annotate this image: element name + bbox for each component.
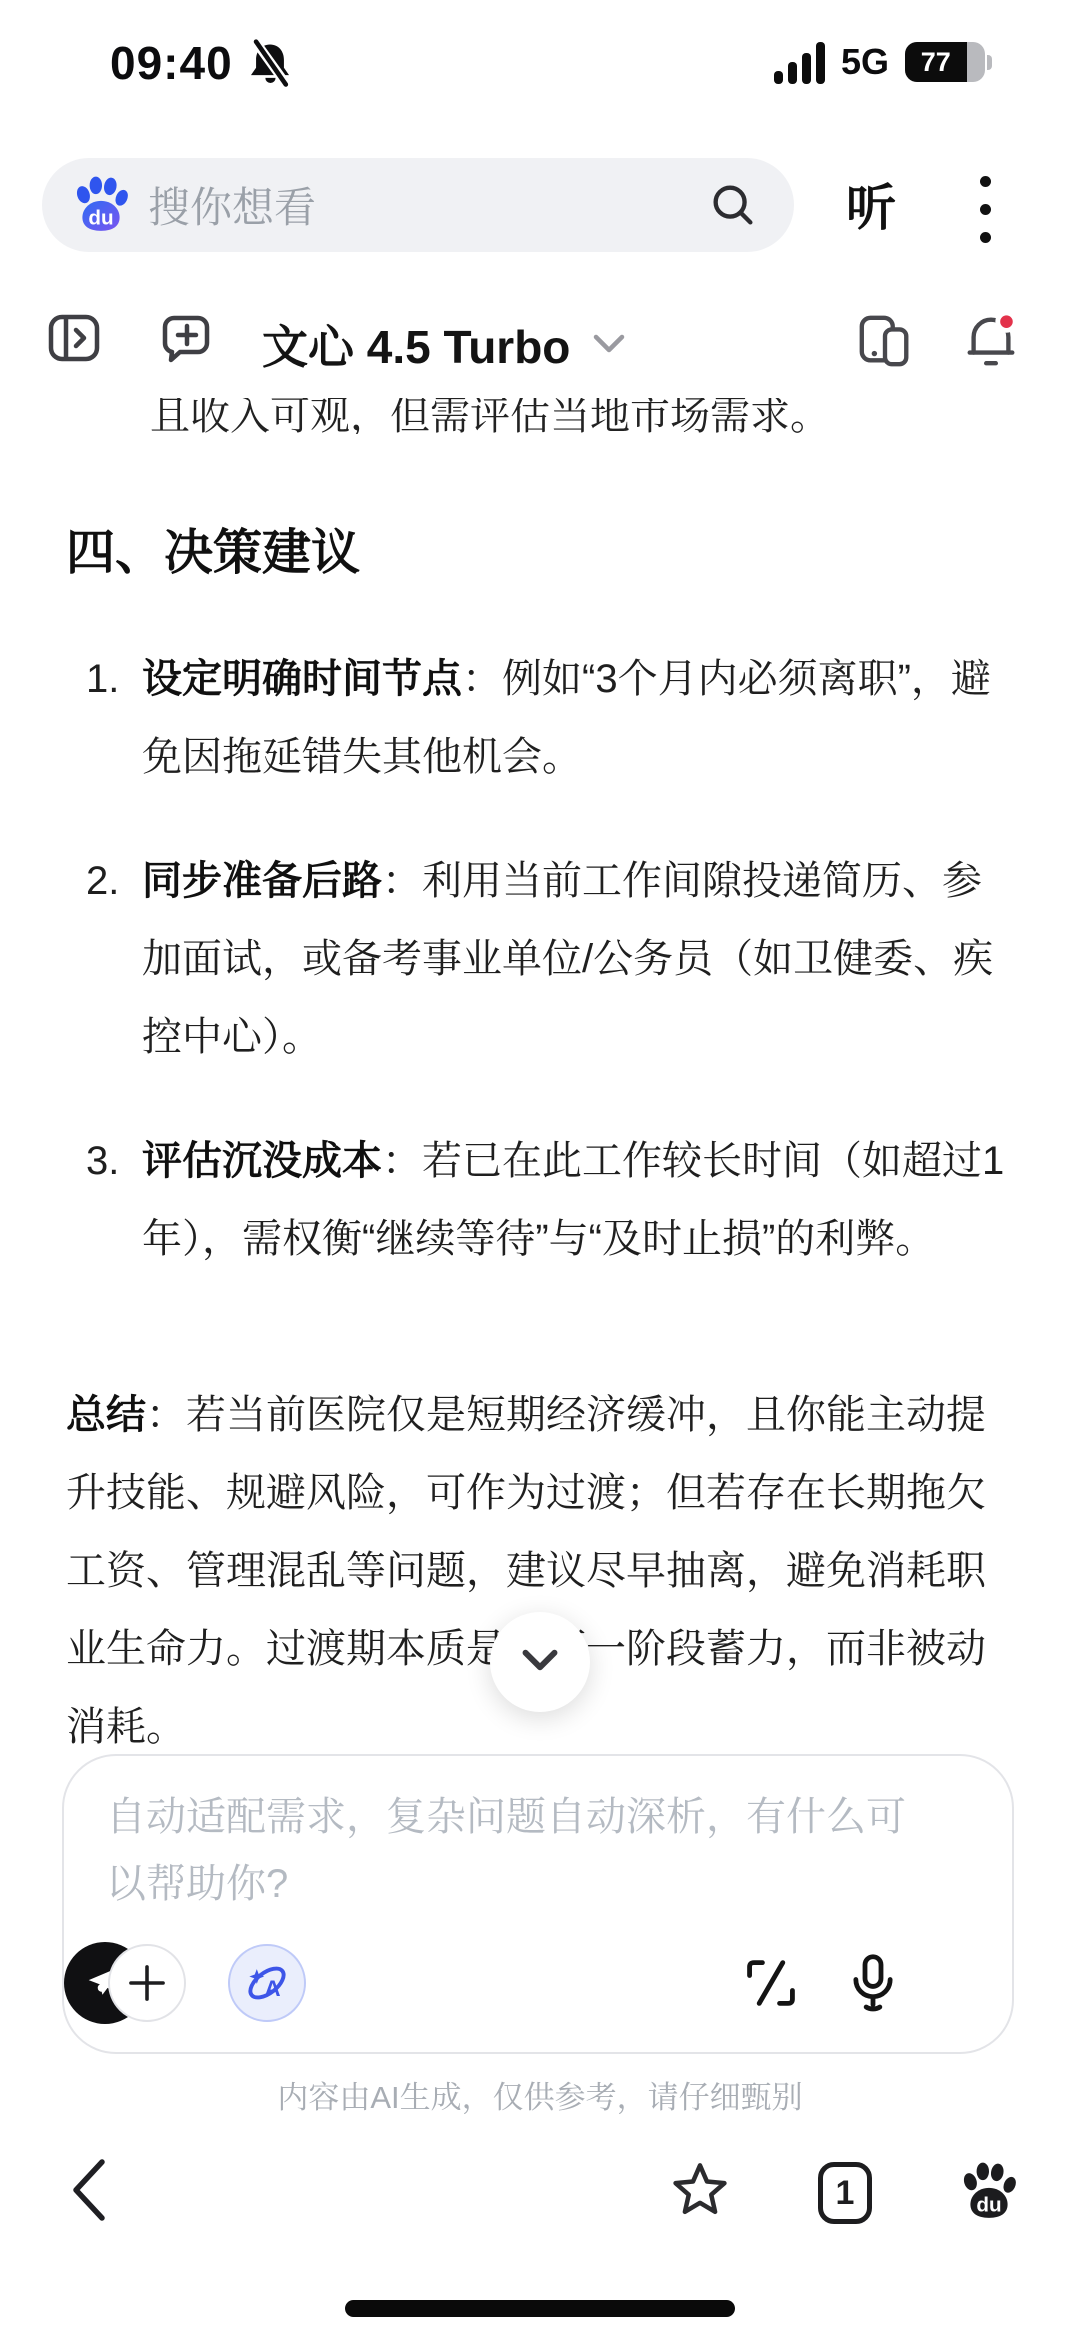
clipped-previous-line: 且收入可观，但需评估当地市场需求。 [150,398,1030,434]
list-item: 2. 同步准备后路：利用当前工作间隙投递简历、参加面试，或备考事业单位/公务员（… [86,842,1016,1076]
bottom-navigation: 1 du [0,2150,1080,2240]
battery-icon: 77 [905,42,992,82]
svg-text:du: du [976,2194,1001,2217]
battery-percent: 77 [905,42,967,82]
ai-disclaimer: 内容由AI生成，仅供参考，请仔细甄别 [0,2072,1080,2117]
favorite-star-icon[interactable] [670,2160,730,2225]
list-item: 1. 设定明确时间节点：例如“3个月内必须离职”，避免因拖延错失其他机会。 [86,640,1016,796]
baidu-logo-icon: du [70,174,132,236]
section-heading: 四、决策建议 [66,514,360,584]
status-bar: 09:40 5G 77 [0,0,1080,130]
more-menu-icon[interactable] [980,176,991,243]
chevron-down-icon [511,1631,569,1694]
muted-bell-icon [244,38,296,90]
multi-window-icon[interactable] [856,310,914,374]
composer-placeholder[interactable]: 自动适配需求，复杂问题自动深析，有什么可以帮助你? [106,1784,930,1918]
signal-bars-icon [774,40,825,84]
decision-list: 1. 设定明确时间节点：例如“3个月内必须离职”，避免因拖延错失其他机会。 2.… [86,640,1016,1324]
back-button[interactable] [66,2156,110,2229]
new-chat-icon[interactable] [158,310,216,374]
message-composer[interactable]: 自动适配需求，复杂问题自动深析，有什么可以帮助你? A [62,1754,1014,2054]
ai-mode-button[interactable]: A [228,1944,306,2022]
attach-plus-button[interactable] [108,1944,186,2022]
network-type: 5G [841,41,889,83]
status-right-cluster: 5G 77 [774,40,992,84]
listen-button[interactable]: 听 [846,168,896,240]
search-icon[interactable] [706,178,760,232]
svg-text:A: A [265,1976,281,2001]
scroll-to-bottom-button[interactable] [490,1612,590,1712]
svg-text:du: du [88,207,113,230]
sidebar-icon[interactable] [46,310,104,374]
search-placeholder: 搜你想看 [148,175,706,235]
clock: 09:40 [110,36,233,90]
composer-toolbar: A [64,1942,1012,2026]
baidu-home-icon[interactable]: du [958,2160,1020,2227]
tab-counter[interactable]: 1 [818,2162,872,2224]
notification-bell-icon[interactable] [962,310,1020,374]
chat-toolbar: 文心 4.5 Turbo [0,296,1080,392]
list-item: 3. 评估沉没成本：若已在此工作较长时间（如超过1年），需权衡“继续等待”与“及… [86,1122,1016,1278]
chevron-down-icon [592,333,626,355]
model-selector[interactable]: 文心 4.5 Turbo [262,296,626,392]
handwriting-icon[interactable] [740,1952,802,2014]
model-name: 文心 4.5 Turbo [262,311,570,377]
search-bar[interactable]: du 搜你想看 [42,158,794,252]
microphone-icon[interactable] [840,1950,906,2016]
home-indicator[interactable] [345,2300,735,2317]
